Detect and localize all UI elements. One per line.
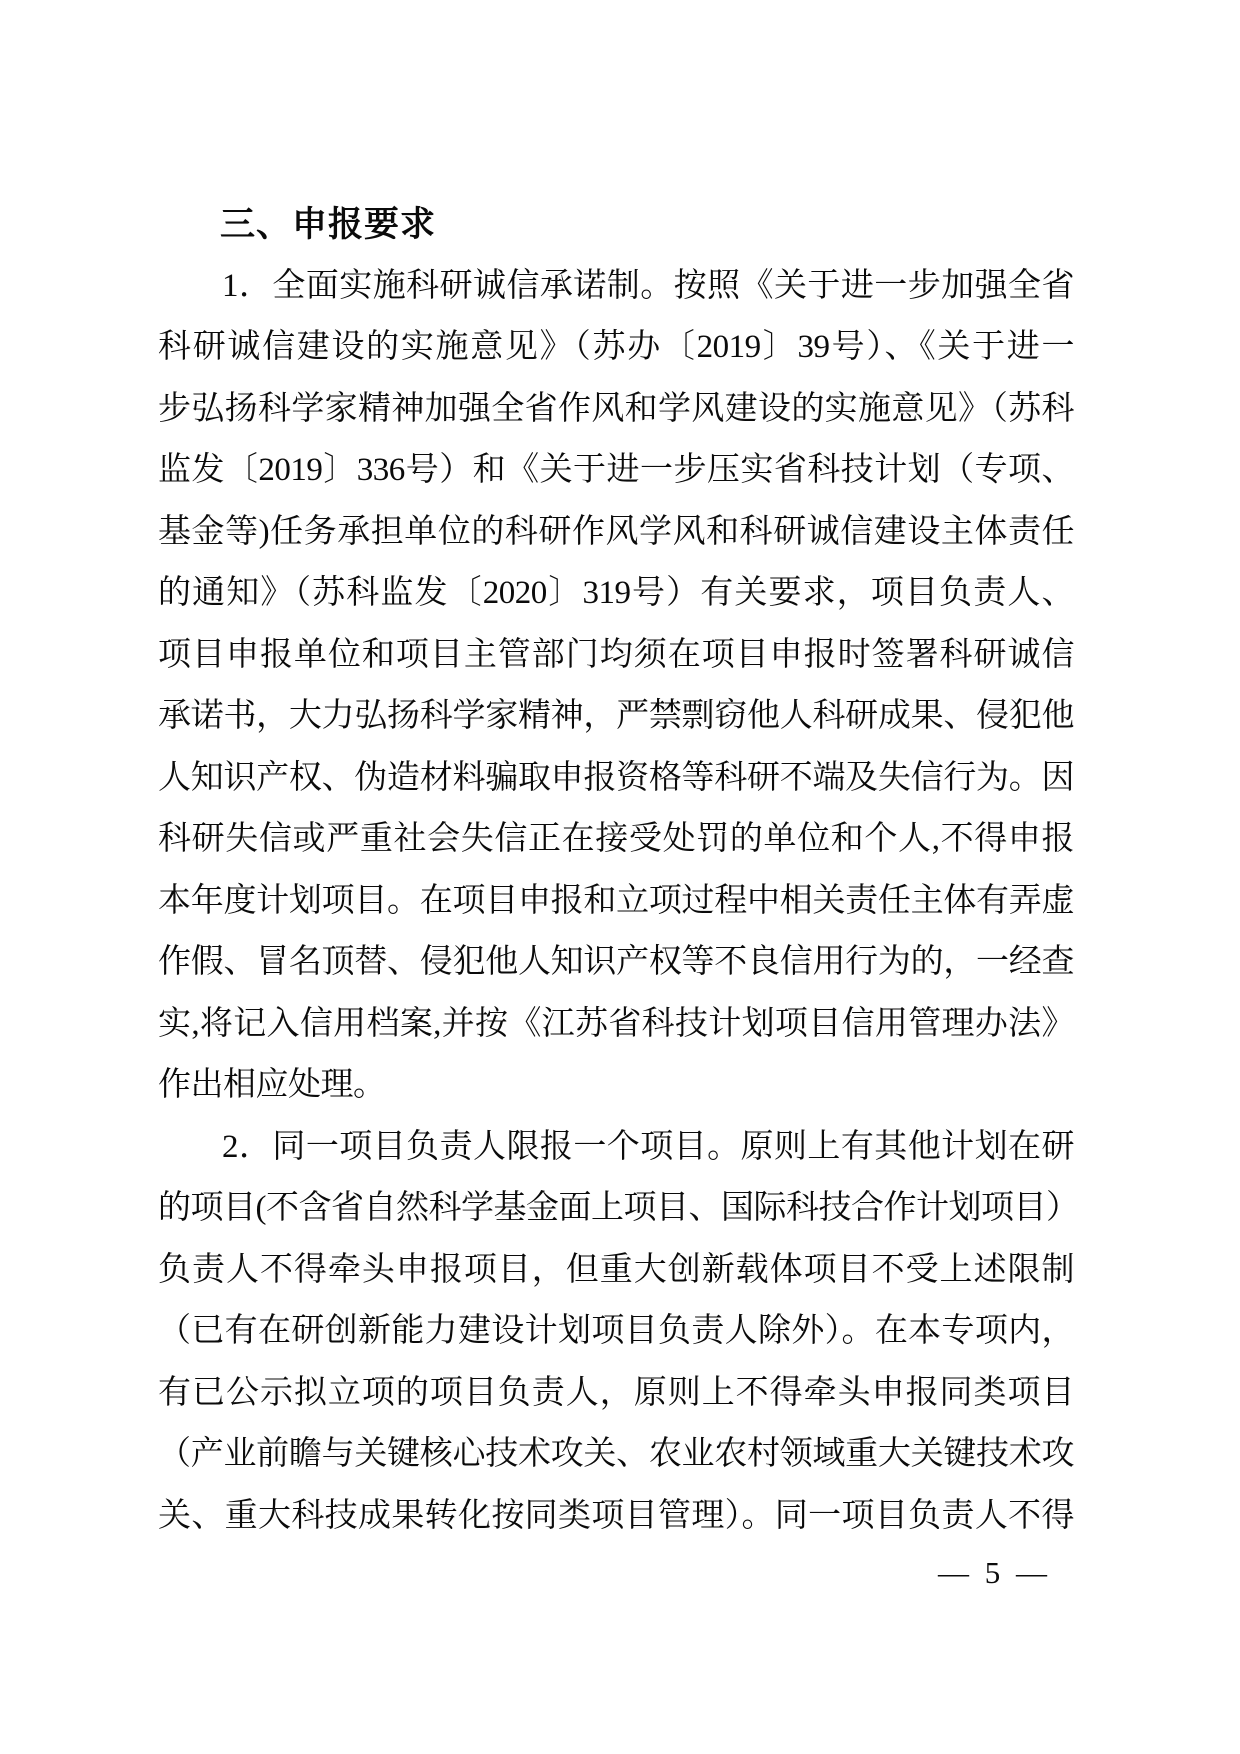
paragraph-1: 1．全面实施科研诚信承诺制。按照《关于进一步加强全省科研诚信建设的实施意见》（苏…	[158, 256, 1074, 1117]
text-line: 负责人不得牵头申报项目，但重大创新载体项目不受上述限制	[158, 1240, 1074, 1302]
text-line: 人知识产权、伪造材料骗取申报资格等科研不端及失信行为。因	[158, 748, 1074, 810]
text-line: 基金等)任务承担单位的科研作风学风和科研诚信建设主体责任	[158, 502, 1074, 564]
text-line: 作假、冒名顶替、侵犯他人知识产权等不良信用行为的，一经查	[158, 932, 1074, 994]
page-number: — 5 —	[938, 1555, 1051, 1590]
paragraph-2: 2．同一项目负责人限报一个项目。原则上有其他计划在研的项目(不含省自然科学基金面…	[158, 1117, 1074, 1548]
text-line: 实,将记入信用档案,并按《江苏省科技计划项目信用管理办法》	[158, 994, 1074, 1056]
text-line: 关、重大科技成果转化按同类项目管理）。同一项目负责人不得	[158, 1486, 1074, 1548]
page-footer: — 5 —	[938, 1553, 1051, 1593]
text-line: 的项目(不含省自然科学基金面上项目、国际科技合作计划项目）	[158, 1178, 1074, 1240]
text-line: 监发〔2019〕336号）和《关于进一步压实省科技计划（专项、	[158, 440, 1074, 502]
text-line: 科研诚信建设的实施意见》（苏办〔2019〕39号）、《关于进一	[158, 317, 1074, 379]
text-line: 科研失信或严重社会失信正在接受处罚的单位和个人,不得申报	[158, 809, 1074, 871]
section-heading: 三、申报要求	[158, 194, 1074, 256]
text-line: 1．全面实施科研诚信承诺制。按照《关于进一步加强全省	[158, 256, 1074, 318]
text-line: （产业前瞻与关键核心技术攻关、农业农村领域重大关键技术攻	[158, 1424, 1074, 1486]
document-page: 三、申报要求 1．全面实施科研诚信承诺制。按照《关于进一步加强全省科研诚信建设的…	[0, 0, 1240, 1754]
text-line: 作出相应处理。	[158, 1055, 1074, 1117]
text-line: 项目申报单位和项目主管部门均须在项目申报时签署科研诚信	[158, 625, 1074, 687]
document-body: 三、申报要求 1．全面实施科研诚信承诺制。按照《关于进一步加强全省科研诚信建设的…	[158, 194, 1074, 1547]
text-line: 步弘扬科学家精神加强全省作风和学风建设的实施意见》（苏科	[158, 379, 1074, 441]
text-line: 本年度计划项目。在项目申报和立项过程中相关责任主体有弄虚	[158, 871, 1074, 933]
text-line: 的通知》（苏科监发〔2020〕319号）有关要求，项目负责人、	[158, 563, 1074, 625]
text-line: 2．同一项目负责人限报一个项目。原则上有其他计划在研	[158, 1117, 1074, 1179]
text-line: 有已公示拟立项的项目负责人，原则上不得牵头申报同类项目	[158, 1363, 1074, 1425]
text-line: 承诺书，大力弘扬科学家精神，严禁剽窃他人科研成果、侵犯他	[158, 686, 1074, 748]
text-line: （已有在研创新能力建设计划项目负责人除外）。在本专项内，	[158, 1301, 1074, 1363]
